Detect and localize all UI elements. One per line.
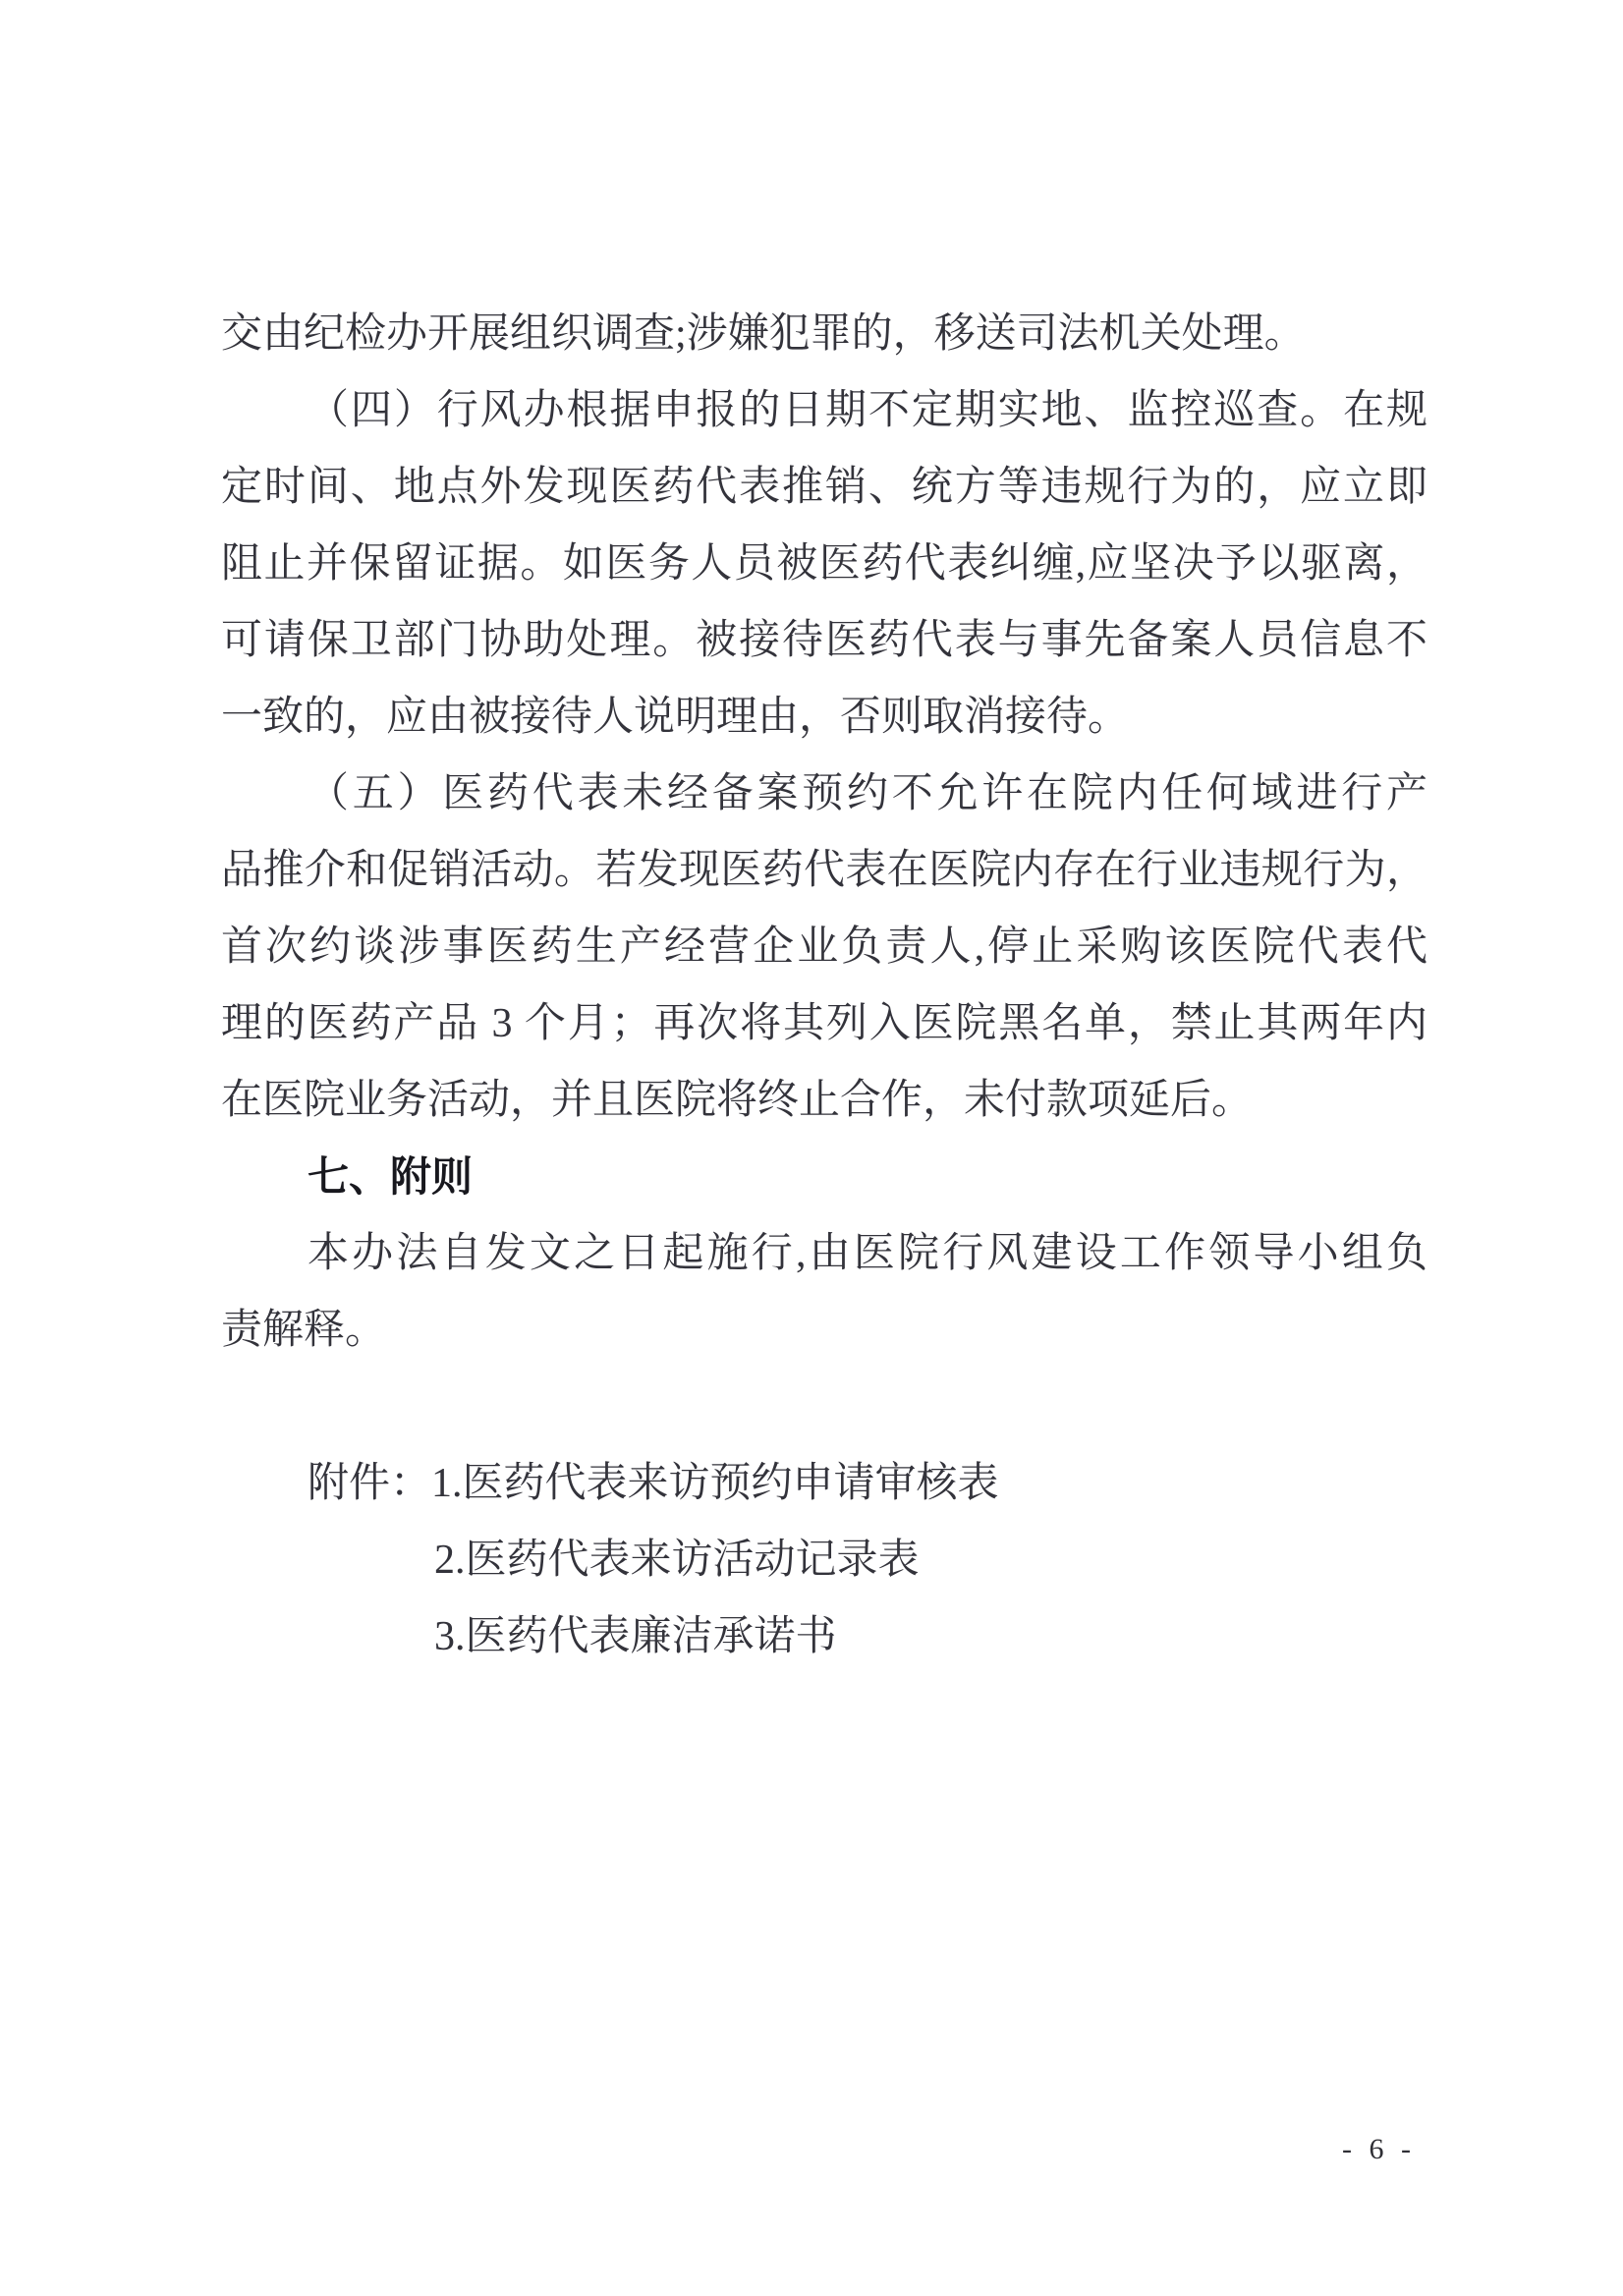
body-line: 可请保卫部门协助处理。被接待医药代表与事先备案人员信息不 (221, 602, 1427, 679)
body-line: （五）医药代表未经备案预约不允许在院内任何域进行产 (221, 756, 1427, 832)
document-body: 交由纪检办开展组织调查;涉嫌犯罪的，移送司法机关处理。（四）行风办根据申报的日期… (221, 296, 1427, 1675)
body-line: 本办法自发文之日起施行,由医院行风建设工作领导小组负 (221, 1215, 1427, 1292)
page-number: - 6 - (1342, 2132, 1416, 2167)
body-line: （四）行风办根据申报的日期不定期实地、监控巡查。在规 (221, 372, 1427, 449)
body-line: 定时间、地点外发现医药代表推销、统方等违规行为的，应立即 (221, 449, 1427, 526)
body-line: 阻止并保留证据。如医务人员被医药代表纠缠,应坚决予以驱离， (221, 526, 1427, 602)
document-page: 交由纪检办开展组织调查;涉嫌犯罪的，移送司法机关处理。（四）行风办根据申报的日期… (0, 0, 1623, 2296)
body-line: 在医院业务活动，并且医院将终止合作，未付款项延后。 (221, 1062, 1427, 1139)
body-line: 交由纪检办开展组织调查;涉嫌犯罪的，移送司法机关处理。 (221, 296, 1427, 372)
body-line: 责解释。 (221, 1292, 1427, 1369)
body-line: 理的医药产品 3 个月；再次将其列入医院黑名单，禁止其两年内 (221, 985, 1427, 1062)
body-line: 品推介和促销活动。若发现医药代表在医院内存在行业违规行为， (221, 832, 1427, 909)
body-line: 首次约谈涉事医药生产经营企业负责人,停止采购该医院代表代 (221, 909, 1427, 985)
body-line: 一致的，应由被接待人说明理由，否则取消接待。 (221, 679, 1427, 756)
attachment-line: 2.医药代表来访活动记录表 (221, 1522, 1427, 1598)
section-heading: 七、附则 (221, 1139, 1427, 1215)
attachment-line: 3.医药代表廉洁承诺书 (221, 1598, 1427, 1675)
attachment-line: 附件：1.医药代表来访预约申请审核表 (221, 1445, 1427, 1522)
